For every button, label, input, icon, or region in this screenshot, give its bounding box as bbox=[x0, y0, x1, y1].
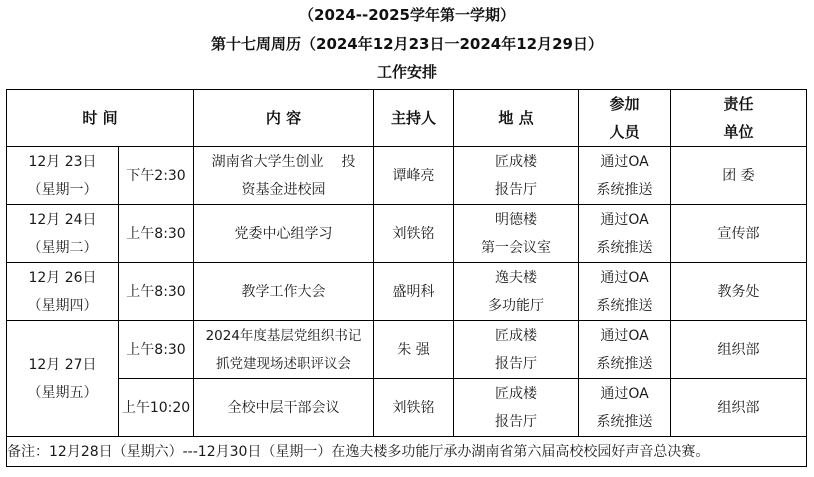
note-text: 备注：12月28日（星期六）---12月30日（星期一）在逸夫楼多功能厅承办湖南… bbox=[7, 437, 807, 467]
content-cell: 全校中层干部会议 bbox=[194, 379, 374, 437]
location-cell: 匠成楼 报告厅 bbox=[454, 379, 579, 437]
content-line1: 湖南省大学生创业 投 bbox=[194, 148, 373, 176]
header-content: 内 容 bbox=[194, 90, 374, 147]
weekday: （星期五） bbox=[7, 379, 118, 407]
content-line1: 2024年度基层党组织书记 bbox=[194, 322, 373, 350]
participants-line2: 系统推送 bbox=[579, 176, 670, 204]
content-cell: 2024年度基层党组织书记 抓党建现场述职评议会 bbox=[194, 321, 374, 379]
content-cell: 党委中心组学习 bbox=[194, 205, 374, 263]
location-line1: 匠成楼 bbox=[454, 322, 578, 350]
header-location: 地 点 bbox=[454, 90, 579, 147]
unit-cell: 团 委 bbox=[671, 147, 807, 205]
header-host: 主持人 bbox=[374, 90, 454, 147]
time-cell: 上午8:30 bbox=[119, 321, 194, 379]
schedule-title: 工作安排 bbox=[0, 62, 814, 82]
weekday: （星期四） bbox=[7, 292, 118, 320]
host-cell: 刘铁铭 bbox=[374, 205, 454, 263]
participants-line1: 通过OA bbox=[579, 380, 670, 408]
unit-cell: 组织部 bbox=[671, 379, 807, 437]
participants-line2: 系统推送 bbox=[579, 292, 670, 320]
location-line2: 第一会议室 bbox=[454, 234, 578, 262]
header-participants-line2: 人员 bbox=[579, 118, 670, 146]
table-row: 12月 27日 （星期五） 上午8:30 2024年度基层党组织书记 抓党建现场… bbox=[7, 321, 807, 379]
location-line1: 明德楼 bbox=[454, 206, 578, 234]
location-line1: 逸夫楼 bbox=[454, 264, 578, 292]
table-header-row: 时 间 内 容 主持人 地 点 参加 人员 责任 单位 bbox=[7, 90, 807, 147]
location-line1: 匠成楼 bbox=[454, 380, 578, 408]
location-line2: 多功能厅 bbox=[454, 292, 578, 320]
participants-cell: 通过OA 系统推送 bbox=[579, 379, 671, 437]
date-cell: 12月 26日 （星期四） bbox=[7, 263, 119, 321]
week-calendar-title: 第十七周周历（2024年12月23日一2024年12月29日） bbox=[0, 34, 814, 54]
schedule-table: 时 间 内 容 主持人 地 点 参加 人员 责任 单位 12月 23日 （星期一… bbox=[6, 89, 807, 467]
participants-cell: 通过OA 系统推送 bbox=[579, 147, 671, 205]
date: 12月 26日 bbox=[7, 264, 118, 292]
unit-cell: 宣传部 bbox=[671, 205, 807, 263]
participants-line2: 系统推送 bbox=[579, 234, 670, 262]
host-cell: 朱 强 bbox=[374, 321, 454, 379]
header-participants-line1: 参加 bbox=[579, 90, 670, 118]
participants-line2: 系统推送 bbox=[579, 408, 670, 436]
time-cell: 下午2:30 bbox=[119, 147, 194, 205]
participants-cell: 通过OA 系统推送 bbox=[579, 205, 671, 263]
location-cell: 逸夫楼 多功能厅 bbox=[454, 263, 579, 321]
content-line2: 抓党建现场述职评议会 bbox=[194, 350, 373, 378]
content-cell: 教学工作大会 bbox=[194, 263, 374, 321]
unit-cell: 教务处 bbox=[671, 263, 807, 321]
date-cell: 12月 27日 （星期五） bbox=[7, 321, 119, 437]
location-line2: 报告厅 bbox=[454, 176, 578, 204]
content-line2: 资基金进校园 bbox=[194, 176, 373, 204]
participants-cell: 通过OA 系统推送 bbox=[579, 321, 671, 379]
participants-cell: 通过OA 系统推送 bbox=[579, 263, 671, 321]
participants-line1: 通过OA bbox=[579, 264, 670, 292]
participants-line1: 通过OA bbox=[579, 148, 670, 176]
date-cell: 12月 23日 （星期一） bbox=[7, 147, 119, 205]
host-cell: 刘铁铭 bbox=[374, 379, 454, 437]
table-row: 12月 26日 （星期四） 上午8:30 教学工作大会 盛明科 逸夫楼 多功能厅… bbox=[7, 263, 807, 321]
date-cell: 12月 24日 （星期二） bbox=[7, 205, 119, 263]
header-time: 时 间 bbox=[7, 90, 194, 147]
host-cell: 谭峰亮 bbox=[374, 147, 454, 205]
location-cell: 明德楼 第一会议室 bbox=[454, 205, 579, 263]
time-cell: 上午8:30 bbox=[119, 205, 194, 263]
table-row: 12月 24日 （星期二） 上午8:30 党委中心组学习 刘铁铭 明德楼 第一会… bbox=[7, 205, 807, 263]
unit-cell: 组织部 bbox=[671, 321, 807, 379]
participants-line1: 通过OA bbox=[579, 322, 670, 350]
location-line2: 报告厅 bbox=[454, 350, 578, 378]
content-cell: 湖南省大学生创业 投 资基金进校园 bbox=[194, 147, 374, 205]
date: 12月 24日 bbox=[7, 206, 118, 234]
date: 12月 23日 bbox=[7, 148, 118, 176]
header-unit: 责任 单位 bbox=[671, 90, 807, 147]
header-unit-line1: 责任 bbox=[671, 90, 806, 118]
weekday: （星期一） bbox=[7, 176, 118, 204]
time-cell: 上午8:30 bbox=[119, 263, 194, 321]
header-unit-line2: 单位 bbox=[671, 118, 806, 146]
location-line2: 报告厅 bbox=[454, 408, 578, 436]
header-participants: 参加 人员 bbox=[579, 90, 671, 147]
weekday: （星期二） bbox=[7, 234, 118, 262]
table-row: 上午10:20 全校中层干部会议 刘铁铭 匠成楼 报告厅 通过OA 系统推送 组… bbox=[7, 379, 807, 437]
location-line1: 匠成楼 bbox=[454, 148, 578, 176]
date: 12月 27日 bbox=[7, 351, 118, 379]
location-cell: 匠成楼 报告厅 bbox=[454, 321, 579, 379]
host-cell: 盛明科 bbox=[374, 263, 454, 321]
table-row: 12月 23日 （星期一） 下午2:30 湖南省大学生创业 投 资基金进校园 谭… bbox=[7, 147, 807, 205]
time-cell: 上午10:20 bbox=[119, 379, 194, 437]
semester-title: （2024--2025学年第一学期） bbox=[0, 5, 814, 25]
location-cell: 匠成楼 报告厅 bbox=[454, 147, 579, 205]
participants-line1: 通过OA bbox=[579, 206, 670, 234]
participants-line2: 系统推送 bbox=[579, 350, 670, 378]
note-row: 备注：12月28日（星期六）---12月30日（星期一）在逸夫楼多功能厅承办湖南… bbox=[7, 437, 807, 467]
